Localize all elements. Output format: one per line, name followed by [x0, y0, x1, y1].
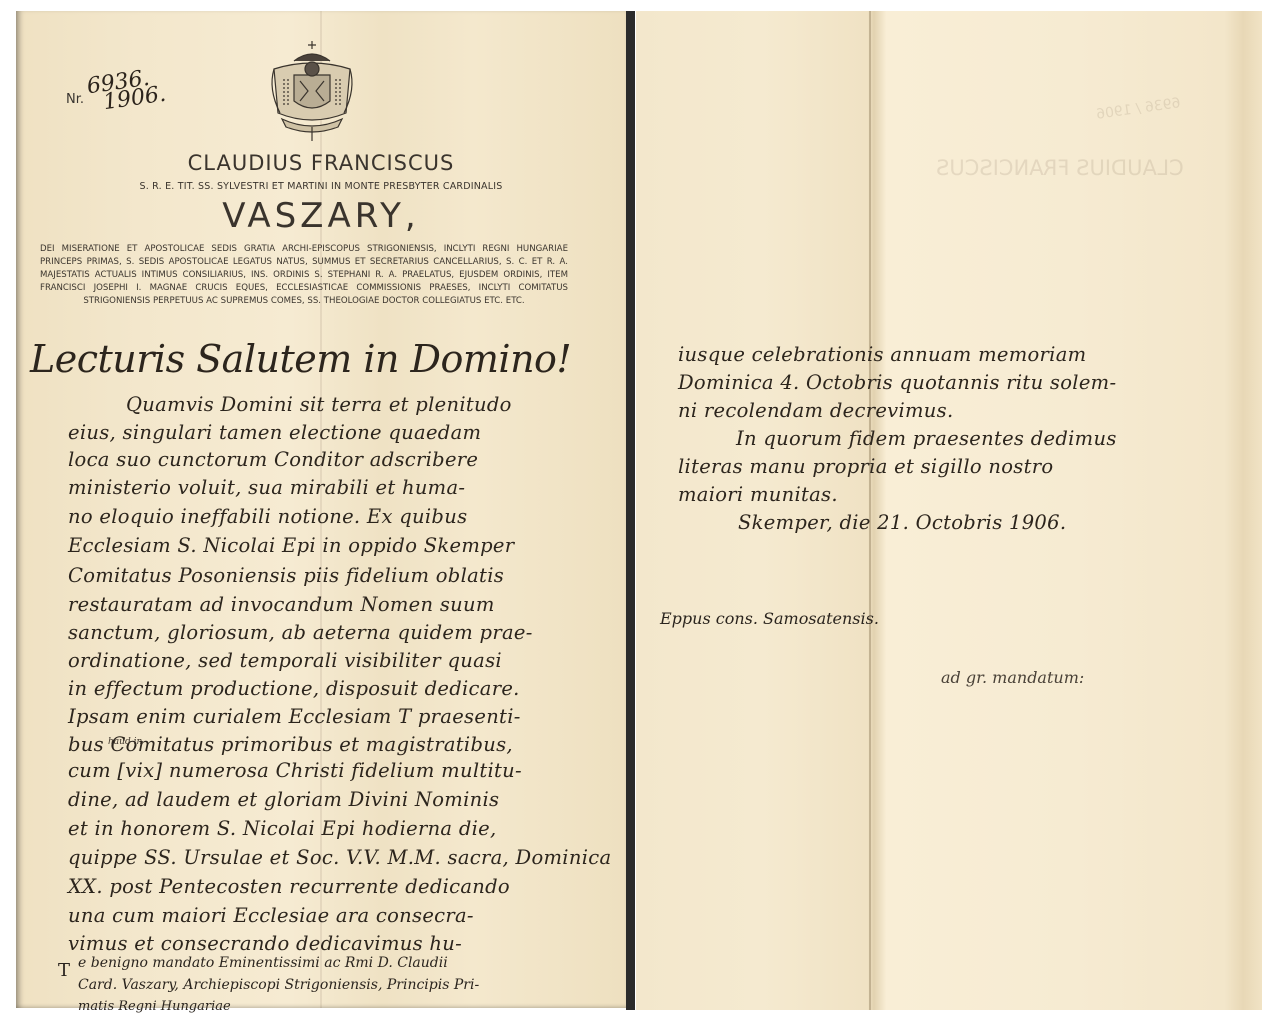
body-line: una cum maiori Ecclesiae ara consecra- [68, 904, 474, 927]
letterhead-name-line-1: CLAUDIUS FRANCISCUS [16, 151, 626, 175]
body-line: loca suo cunctorum Conditor adscribere [68, 448, 478, 471]
interlinear-correction: haud in [108, 737, 142, 747]
page-gutter [626, 11, 635, 1010]
bleed-through-name: CLAUDIUS FRANCISCUS [936, 156, 1184, 180]
body-line: vimus et consecrando dedicavimus hu- [68, 932, 462, 955]
marginal-insertion-line: Card. Vaszary, Archiepiscopi Strigoniens… [78, 977, 479, 993]
body-line: restauratam ad invocandum Nomen suum [68, 593, 495, 616]
letterhead-title-line: S. R. E. TIT. SS. SYLVESTRI ET MARTINI I… [16, 181, 626, 192]
body-line: Quamvis Domini sit terra et plenitudo [126, 393, 512, 416]
marginal-insertion-line: matis Regni Hungariae [78, 999, 231, 1014]
body-line: maiori munitas. [678, 483, 838, 506]
coat-of-arms-icon [264, 39, 360, 145]
insertion-mark: T [58, 960, 70, 981]
body-line: literas manu propria et sigillo nostro [678, 455, 1053, 478]
right-page: 6936 / 1906 CLAUDIUS FRANCISCUS iusque c… [636, 11, 1262, 1010]
body-line: In quorum fidem praesentes dedimus [736, 427, 1117, 450]
reference-prefix: Nr. [66, 92, 84, 107]
body-line: in effectum productione, disposuit dedic… [68, 677, 520, 700]
body-line: et in honorem S. Nicolai Epi hodierna di… [68, 817, 497, 840]
body-line: sanctum, gloriosum, ab aeterna quidem pr… [68, 621, 533, 644]
body-line: XX. post Pentecosten recurrente dedicand… [68, 875, 510, 898]
reference-year: 1906. [102, 86, 167, 113]
left-page: Nr. 6936. 1906. CLAUDIUS FRANCISCUS S. R… [16, 11, 626, 1008]
letterhead-titles: DEI MISERATIONE ET APOSTOLICAE SEDIS GRA… [40, 243, 568, 308]
body-line: quippe SS. Ursulae et Soc. V.V. M.M. sac… [68, 846, 611, 869]
body-line: dine, ad laudem et gloriam Divini Nomini… [68, 788, 499, 811]
body-line: Ipsam enim curialem Ecclesiam T praesent… [68, 705, 521, 728]
body-line: ordinatione, sed temporali visibiliter q… [68, 649, 502, 672]
reference-number: 6936. 1906. [86, 68, 167, 114]
body-line: no eloquio ineffabili notione. Ex quibus [68, 505, 467, 528]
mandate-note: ad gr. mandatum: [941, 668, 1084, 687]
letterhead-name-line-2: VASZARY, [16, 196, 626, 236]
body-line: cum [vix] numerosa Christi fidelium mult… [68, 759, 522, 782]
body-line: ministerio voluit, sua mirabili et huma- [68, 476, 465, 499]
marginal-insertion-line: e benigno mandato Eminentissimi ac Rmi D… [78, 955, 448, 971]
place-date-line: Skemper, die 21. Octobris 1906. [738, 511, 1066, 534]
body-line: ni recolendam decrevimus. [678, 399, 953, 422]
body-line: Ecclesiam S. Nicolai Epi in oppido Skemp… [68, 534, 514, 557]
body-line: eius, singulari tamen electione quaedam [68, 421, 481, 444]
greeting: Lecturis Salutem in Domino! [30, 337, 571, 381]
bleed-through-reference: 6936 / 1906 [1095, 95, 1181, 123]
body-line: Dominica 4. Octobris quotannis ritu sole… [678, 371, 1116, 394]
body-line: Comitatus Posoniensis piis fidelium obla… [68, 564, 504, 587]
body-line: iusque celebrationis annuam memoriam [678, 343, 1086, 366]
signature: Eppus cons. Samosatensis. [660, 609, 879, 628]
